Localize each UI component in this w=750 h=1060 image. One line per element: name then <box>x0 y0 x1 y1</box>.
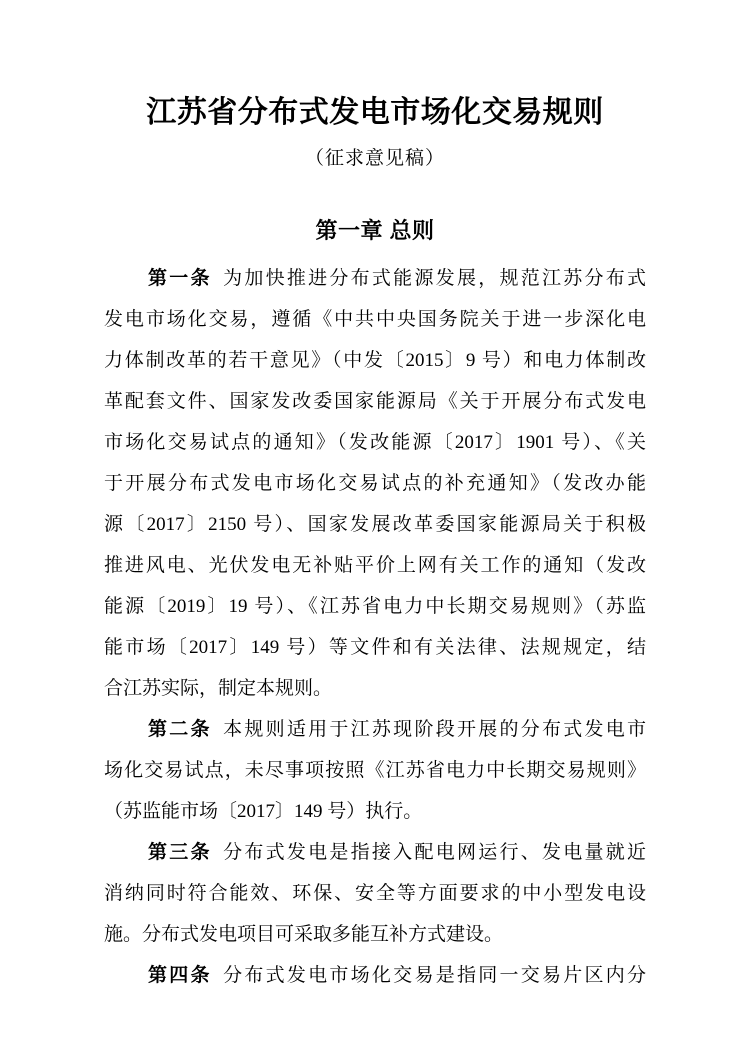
article-2-line-3: （苏监能市场〔2017〕149 号）执行。 <box>104 791 646 832</box>
article-1-label: 第一条 <box>148 268 212 289</box>
article-3-line-3: 施。分布式发电项目可采取多能互补方式建设。 <box>104 914 646 955</box>
article-1-line-11: 合江苏实际，制定本规则。 <box>104 668 646 709</box>
article-1-line-3: 力体制改革的若干意见》（中发〔2015〕9 号）和电力体制改 <box>104 340 646 381</box>
article-1-line-7: 源〔2017〕2150 号）、国家发展改革委国家能源局关于积极 <box>104 504 646 545</box>
article-1-line-1: 第一条为加快推进分布式能源发展，规范江苏分布式 <box>104 258 646 299</box>
article-2-text: 本规则适用于江苏现阶段开展的分布式发电市 <box>223 719 646 740</box>
article-3-label: 第三条 <box>148 842 212 863</box>
article-4-line-1: 第四条分布式发电市场化交易是指同一交易片区内分 <box>104 955 646 996</box>
document-title: 江苏省分布式发电市场化交易规则 <box>104 92 646 134</box>
document-subtitle: （征求意见稿） <box>104 146 646 172</box>
article-3-line-2: 消纳同时符合能效、环保、安全等方面要求的中小型发电设 <box>104 873 646 914</box>
article-1-line-2: 发电市场化交易，遵循《中共中央国务院关于进一步深化电 <box>104 299 646 340</box>
article-1-line-8: 推进风电、光伏发电无补贴平价上网有关工作的通知（发改 <box>104 545 646 586</box>
article-1-line-10: 能市场〔2017〕149 号）等文件和有关法律、法规规定，结 <box>104 627 646 668</box>
article-4-text: 分布式发电市场化交易是指同一交易片区内分 <box>223 965 646 986</box>
document-body: 第一条为加快推进分布式能源发展，规范江苏分布式 发电市场化交易，遵循《中共中央国… <box>104 258 646 996</box>
article-1-line-5: 市场化交易试点的通知》（发改能源〔2017〕1901 号）、《关 <box>104 422 646 463</box>
article-2-label: 第二条 <box>148 719 212 740</box>
article-2-line-2: 场化交易试点，未尽事项按照《江苏省电力中长期交易规则》 <box>104 750 646 791</box>
article-1-text: 为加快推进分布式能源发展，规范江苏分布式 <box>223 268 646 289</box>
article-1-line-9: 能源〔2019〕19 号）、《江苏省电力中长期交易规则》（苏监 <box>104 586 646 627</box>
article-4-label: 第四条 <box>148 965 212 986</box>
document-page: 江苏省分布式发电市场化交易规则 （征求意见稿） 第一章 总则 第一条为加快推进分… <box>0 0 750 1060</box>
chapter-heading: 第一章 总则 <box>104 216 646 246</box>
article-3-line-1: 第三条分布式发电是指接入配电网运行、发电量就近 <box>104 832 646 873</box>
article-1-line-6: 于开展分布式发电市场化交易试点的补充通知》（发改办能 <box>104 463 646 504</box>
article-1-line-4: 革配套文件、国家发改委国家能源局《关于开展分布式发电 <box>104 381 646 422</box>
article-2-line-1: 第二条本规则适用于江苏现阶段开展的分布式发电市 <box>104 709 646 750</box>
article-3-text: 分布式发电是指接入配电网运行、发电量就近 <box>223 842 646 863</box>
